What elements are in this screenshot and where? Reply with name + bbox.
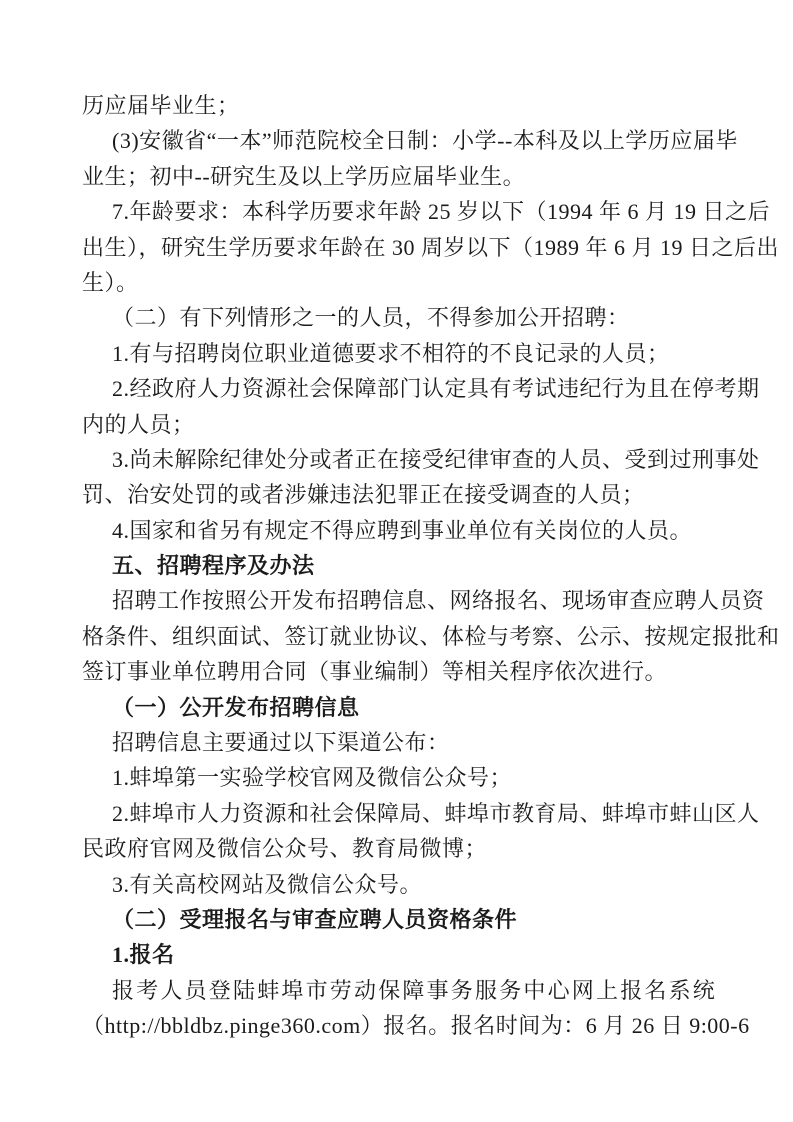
- text-line: 1.有与招聘岗位职业道德要求不相符的不良记录的人员；: [82, 336, 714, 371]
- text-line: 招聘工作按照公开发布招聘信息、网络报名、现场审查应聘人员资: [82, 583, 714, 618]
- text-line: 3.尚未解除纪律处分或者正在接受纪律审查的人员、受到过刑事处: [82, 442, 714, 477]
- text-line: 业生；初中--研究生及以上学历应届毕业生。: [82, 159, 714, 194]
- text-line: （二）有下列情形之一的人员，不得参加公开招聘：: [82, 300, 714, 335]
- text-line: 内的人员；: [82, 407, 714, 442]
- text-line: 报考人员登陆蚌埠市劳动保障事务服务中心网上报名系统: [82, 973, 714, 1008]
- heading-line: （二）受理报名与审查应聘人员资格条件: [82, 902, 714, 937]
- document-body: 历应届毕业生；(3)安徽省“一本”师范院校全日制：小学--本科及以上学历应届毕业…: [82, 88, 714, 1044]
- text-line: 出生），研究生学历要求年龄在 30 周岁以下（1989 年 6 月 19 日之后…: [82, 230, 714, 265]
- text-line: 格条件、组织面试、签订就业协议、体检与考察、公示、按规定报批和: [82, 619, 714, 654]
- text-line: 1.蚌埠第一实验学校官网及微信公众号；: [82, 760, 714, 795]
- heading-line: 1.报名: [82, 937, 714, 972]
- text-line: 3.有关高校网站及微信公众号。: [82, 867, 714, 902]
- text-line: 2.蚌埠市人力资源和社会保障局、蚌埠市教育局、蚌埠市蚌山区人: [82, 796, 714, 831]
- text-line: 罚、治安处罚的或者涉嫌违法犯罪正在接受调查的人员；: [82, 477, 714, 512]
- text-line: (3)安徽省“一本”师范院校全日制：小学--本科及以上学历应届毕: [82, 123, 714, 158]
- text-line: 招聘信息主要通过以下渠道公布：: [82, 725, 714, 760]
- document-page: 历应届毕业生；(3)安徽省“一本”师范院校全日制：小学--本科及以上学历应届毕业…: [0, 0, 793, 1122]
- heading-line: 五、招聘程序及办法: [82, 548, 714, 583]
- text-line: 民政府官网及微信公众号、教育局微博；: [82, 831, 714, 866]
- text-line: 4.国家和省另有规定不得应聘到事业单位有关岗位的人员。: [82, 513, 714, 548]
- heading-line: （一）公开发布招聘信息: [82, 690, 714, 725]
- text-line: 7.年龄要求：本科学历要求年龄 25 岁以下（1994 年 6 月 19 日之后: [82, 194, 714, 229]
- text-line: （http://bbldbz.pinge360.com）报名。报名时间为：6 月…: [82, 1008, 714, 1043]
- text-line: 生）。: [82, 265, 714, 300]
- text-line: 2.经政府人力资源社会保障部门认定具有考试违纪行为且在停考期: [82, 371, 714, 406]
- text-line: 历应届毕业生；: [82, 88, 714, 123]
- text-line: 签订事业单位聘用合同（事业编制）等相关程序依次进行。: [82, 654, 714, 689]
